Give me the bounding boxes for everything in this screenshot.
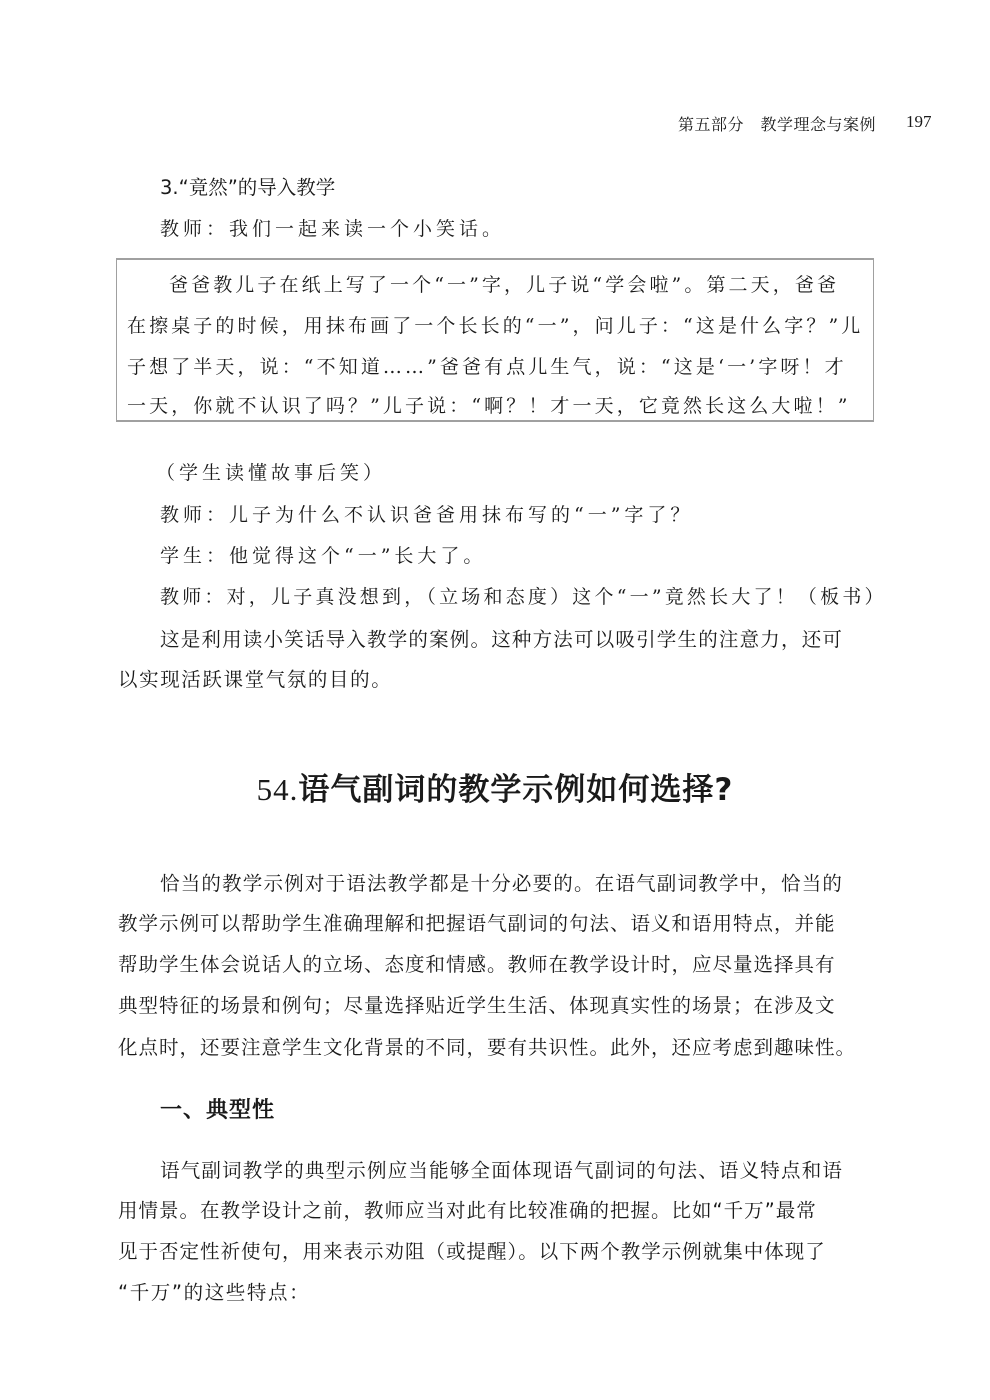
paragraph-line: 化点时，还要注意学生文化背景的不同，要有共识性。此外，还应考虑到趣味性。 xyxy=(118,1032,856,1060)
stage-direction: （学生读懂故事后笑） xyxy=(156,458,386,485)
story-line: 在擦桌子的时候，用抹布画了一个长长的“一”，问儿子：“这是什么字？”儿 xyxy=(127,311,863,338)
paragraph-line: 典型特征的场景和例句；尽量选择贴近学生生活、体现真实性的场景；在涉及文 xyxy=(118,990,836,1018)
story-line: 爸爸教儿子在纸上写了一个“一”字，儿子说“学会啦”。第二天，爸爸 xyxy=(169,270,839,297)
paragraph-line: “千万”的这些特点： xyxy=(118,1277,310,1305)
dialogue-line: 教师：对，儿子真没想到，（立场和态度）这个“一”竟然长大了！（板书） xyxy=(160,582,887,609)
summary-line: 以实现活跃课堂气氛的目的。 xyxy=(118,664,392,692)
paragraph-line: 用情景。在教学设计之前，教师应当对此有比较准确的把握。比如“千万”最常 xyxy=(118,1195,817,1223)
paragraph-line: 见于否定性祈使句，用来表示劝阻（或提醒）。以下两个教学示例就集中体现了 xyxy=(118,1236,826,1264)
paragraph-line: 恰当的教学示例对于语法教学都是十分必要的。在语气副词教学中，恰当的 xyxy=(160,868,843,896)
page-number: 197 xyxy=(906,112,932,132)
section-number: 54. xyxy=(257,772,299,807)
joke-story-box: 爸爸教儿子在纸上写了一个“一”字，儿子说“学会啦”。第二天，爸爸 在擦桌子的时候… xyxy=(116,258,874,422)
teacher-intro: 教师：我们一起来读一个小笑话。 xyxy=(160,214,505,241)
header-section-title: 第五部分 教学理念与案例 xyxy=(678,112,876,135)
case-heading: 3.“竟然”的导入教学 xyxy=(160,172,335,200)
story-line: 子想了半天，说：“不知道……”爸爸有点儿生气，说：“这是‘一’字呀！才 xyxy=(127,352,847,379)
summary-line: 这是利用读小笑话导入教学的案例。这种方法可以吸引学生的注意力，还可 xyxy=(160,624,843,652)
running-header: 第五部分 教学理念与案例 197 xyxy=(0,110,990,136)
story-line: 一天，你就不认识了吗？”儿子说：“啊？！才一天，它竟然长这么大啦！” xyxy=(127,391,851,418)
paragraph-line: 教学示例可以帮助学生准确理解和把握语气副词的句法、语义和语用特点，并能 xyxy=(118,908,836,936)
subheading-typicality: 一、典型性 xyxy=(160,1093,275,1124)
section-title: 54.语气副词的教学示例如何选择? xyxy=(0,764,990,809)
dialogue-line: 教师：儿子为什么不认识爸爸用抹布写的“一”字了？ xyxy=(160,500,693,527)
section-title-text: 语气副词的教学示例如何选择? xyxy=(298,772,733,808)
dialogue-line: 学生：他觉得这个“一”长大了。 xyxy=(160,541,486,568)
paragraph-line: 帮助学生体会说话人的立场、态度和情感。教师在教学设计时，应尽量选择具有 xyxy=(118,949,836,977)
paragraph-line: 语气副词教学的典型示例应当能够全面体现语气副词的句法、语义特点和语 xyxy=(160,1155,843,1183)
